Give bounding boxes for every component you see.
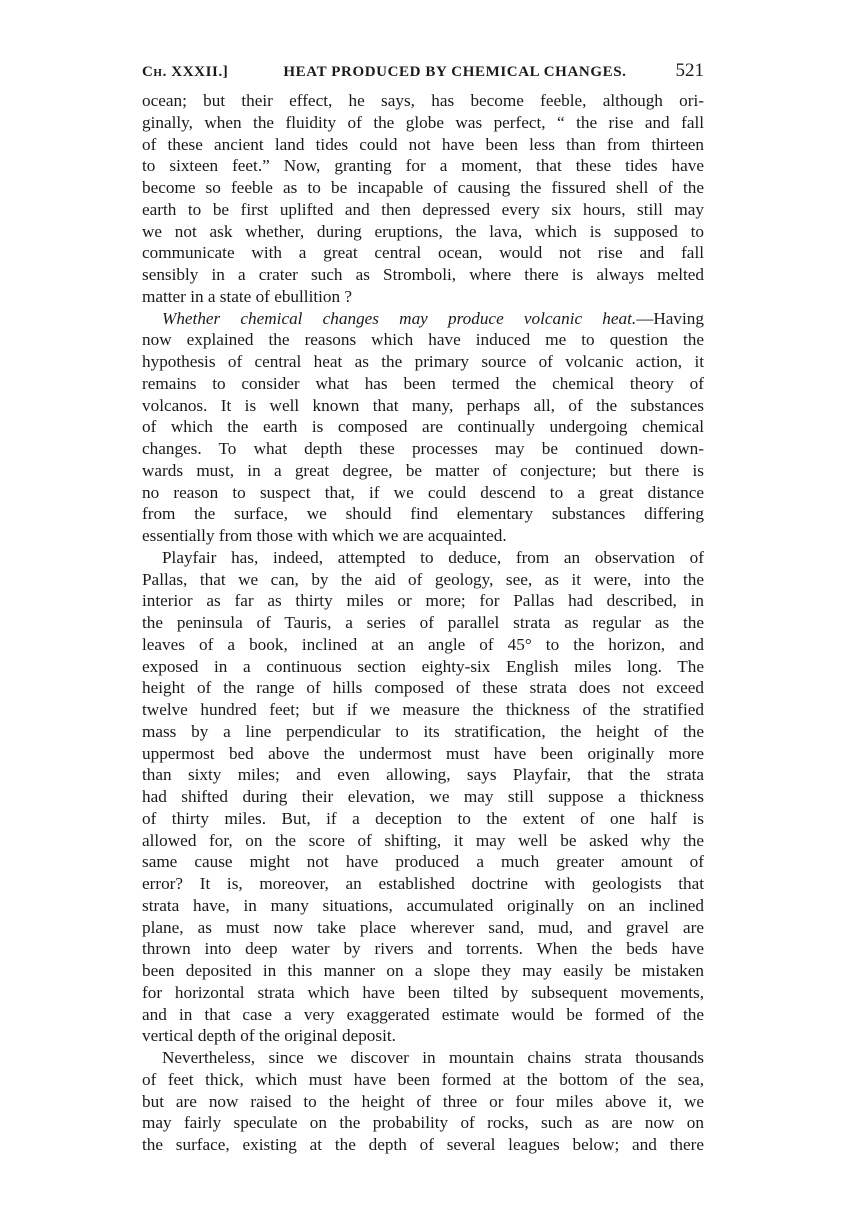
text-line: become so feeble as to be incapable of c…: [142, 177, 704, 199]
text-line: uppermost bed above the undermost must h…: [142, 743, 704, 765]
text-line: height of the range of hills composed of…: [142, 677, 704, 699]
text-line: had shifted during their elevation, we m…: [142, 786, 704, 808]
text-line: of thirty miles. But, if a deception to …: [142, 808, 704, 830]
text-line: of feet thick, which must have been form…: [142, 1069, 704, 1091]
text-line: twelve hundred feet; but if we measure t…: [142, 699, 704, 721]
text-line: Playfair has, indeed, attempted to deduc…: [142, 547, 704, 569]
text-line: sensibly in a crater such as Stromboli, …: [142, 264, 704, 286]
text-line: no reason to suspect that, if we could d…: [142, 482, 704, 504]
text-line: ginally, when the fluidity of the globe …: [142, 112, 704, 134]
book-page: Ch. XXXII.] HEAT PRODUCED BY CHEMICAL CH…: [142, 58, 704, 1156]
running-title: HEAT PRODUCED BY CHEMICAL CHANGES.: [228, 59, 675, 85]
page-number: 521: [676, 58, 705, 84]
text-line: ocean; but their effect, he says, has be…: [142, 90, 704, 112]
text-line: now explained the reasons which have ind…: [142, 329, 704, 351]
text-line: leaves of a book, inclined at an angle o…: [142, 634, 704, 656]
running-head: Ch. XXXII.] HEAT PRODUCED BY CHEMICAL CH…: [142, 58, 704, 84]
section-heading-italic: Whether chemical changes may produce vol…: [162, 309, 636, 328]
text-line: Whether chemical changes may produce vol…: [142, 308, 704, 330]
text-line: the peninsula of Tauris, a series of par…: [142, 612, 704, 634]
text-line: changes. To what depth these processes m…: [142, 438, 704, 460]
text-line: mass by a line perpendicular to its stra…: [142, 721, 704, 743]
text-line: been deposited in this manner on a slope…: [142, 960, 704, 982]
text-line: from the surface, we should find element…: [142, 503, 704, 525]
body-text: ocean; but their effect, he says, has be…: [142, 90, 704, 1156]
text-line: than sixty miles; and even allowing, say…: [142, 764, 704, 786]
text-line: of which the earth is composed are conti…: [142, 416, 704, 438]
text-line: exposed in a continuous section eighty-s…: [142, 656, 704, 678]
text-line: we not ask whether, during eruptions, th…: [142, 221, 704, 243]
text-line: error? It is, moreover, an established d…: [142, 873, 704, 895]
text-line: hypothesis of central heat as the primar…: [142, 351, 704, 373]
text-line: vertical depth of the original deposit.: [142, 1025, 704, 1047]
chapter-label: Ch. XXXII.]: [142, 59, 228, 85]
text-line: Pallas, that we can, by the aid of geolo…: [142, 569, 704, 591]
text-line: volcanos. It is well known that many, pe…: [142, 395, 704, 417]
text-line: interior as far as thirty miles or more;…: [142, 590, 704, 612]
text-line: remains to consider what has been termed…: [142, 373, 704, 395]
text-line: strata have, in many situations, accumul…: [142, 895, 704, 917]
text-line: essentially from those with which we are…: [142, 525, 704, 547]
text-line: Nevertheless, since we discover in mount…: [142, 1047, 704, 1069]
text-line: same cause might not have produced a muc…: [142, 851, 704, 873]
text-line: to sixteen feet.” Now, granting for a mo…: [142, 155, 704, 177]
text-line: but are now raised to the height of thre…: [142, 1091, 704, 1113]
text-line: wards must, in a great degree, be matter…: [142, 460, 704, 482]
text-line: earth to be first uplifted and then depr…: [142, 199, 704, 221]
text-line: thrown into deep water by rivers and tor…: [142, 938, 704, 960]
text-line: may fairly speculate on the probability …: [142, 1112, 704, 1134]
text-line: matter in a state of ebullition ?: [142, 286, 704, 308]
text-line: for horizontal strata which have been ti…: [142, 982, 704, 1004]
text-line: communicate with a great central ocean, …: [142, 242, 704, 264]
text-line: allowed for, on the score of shifting, i…: [142, 830, 704, 852]
text-line: of these ancient land tides could not ha…: [142, 134, 704, 156]
text-line: plane, as must now take place wherever s…: [142, 917, 704, 939]
text-line: and in that case a very exaggerated esti…: [142, 1004, 704, 1026]
text-line: the surface, existing at the depth of se…: [142, 1134, 704, 1156]
